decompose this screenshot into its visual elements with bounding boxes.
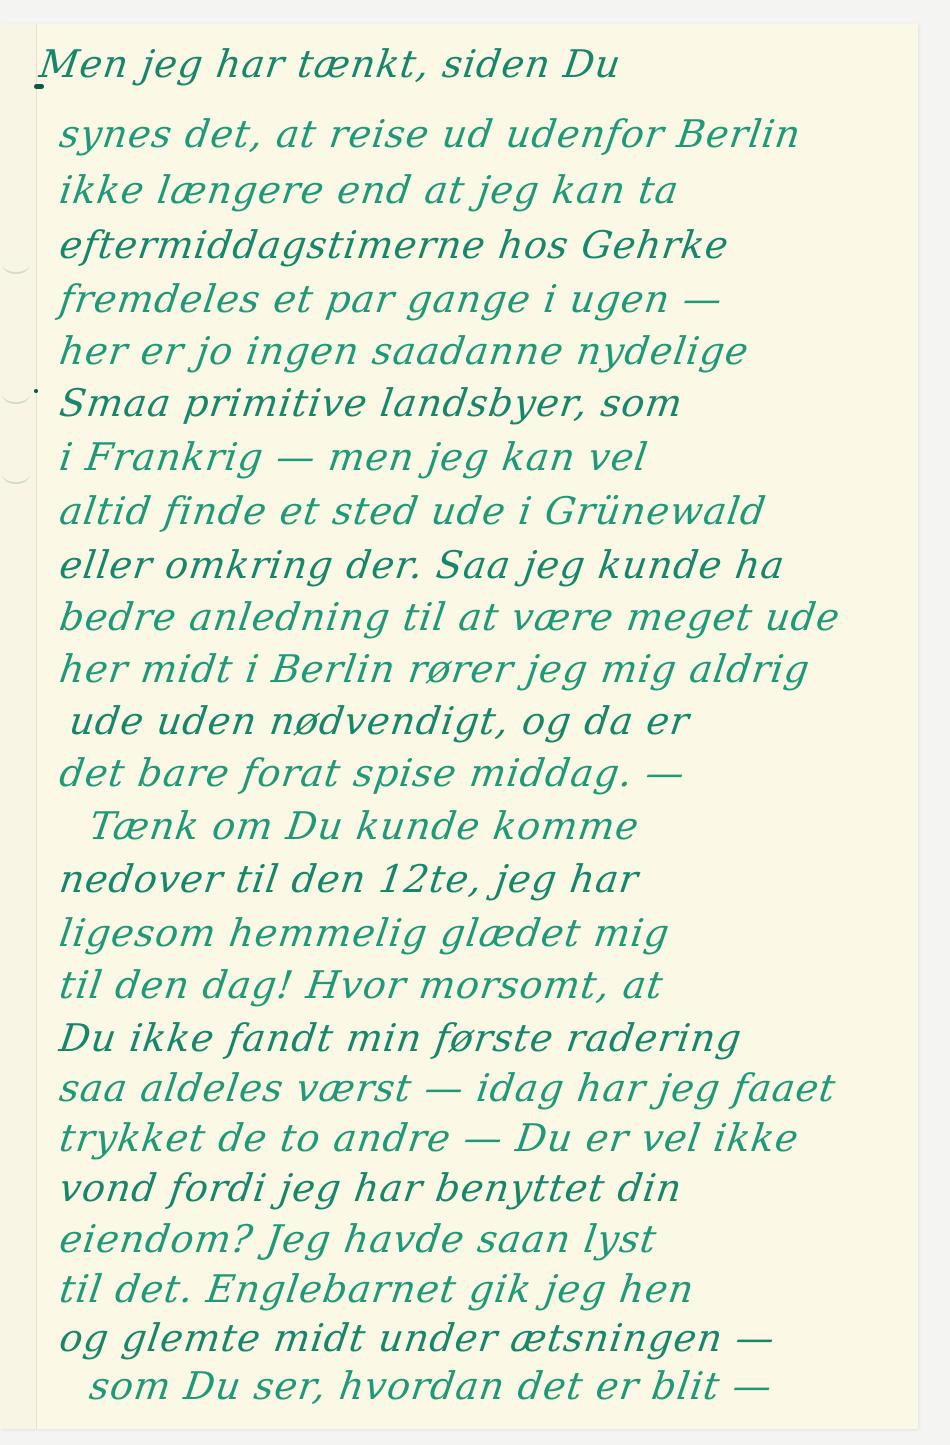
ink-dot-mark	[34, 389, 38, 393]
handwritten-line: nedover til den 12te, jeg har	[57, 857, 642, 901]
handwritten-line: som Du ser, hvordan det er blit —	[87, 1364, 775, 1408]
handwritten-text-block: Men jeg har tænkt, siden Dusynes det, at…	[40, 24, 908, 1429]
handwritten-line: ligesom hemmelig glædet mig	[57, 911, 673, 955]
ink-bleed-mark	[2, 384, 30, 404]
handwritten-line: til den dag! Hvor morsomt, at	[57, 963, 666, 1007]
handwritten-line: fremdeles et par gange i ugen —	[57, 277, 725, 321]
letter-page: Men jeg har tænkt, siden Dusynes det, at…	[0, 24, 918, 1429]
handwritten-line: her midt i Berlin rører jeg mig aldrig	[57, 647, 813, 691]
handwritten-line: saa aldeles værst — idag har jeg faaet	[57, 1066, 839, 1110]
handwritten-line: synes det, at reise ud udenfor Berlin	[57, 112, 804, 156]
handwritten-line: eller omkring der. Saa jeg kunde ha	[57, 543, 788, 587]
handwritten-line: altid finde et sted ude i Grünewald	[57, 489, 769, 533]
handwritten-line: Smaa primitive landsbyer, som	[57, 381, 686, 425]
handwritten-line: eftermiddagstimerne hos Gehrke	[57, 223, 732, 267]
handwritten-line: Du ikke fandt min første radering	[57, 1016, 745, 1060]
handwritten-line: til det. Englebarnet gik jeg hen	[57, 1267, 697, 1311]
handwritten-line: i Frankrig — men jeg kan vel	[57, 435, 651, 479]
handwritten-line: ude uden nødvendigt, og da er	[67, 699, 693, 743]
handwritten-line: her er jo ingen saadanne nydelige	[57, 329, 752, 373]
handwritten-line: det bare forat spise middag. —	[57, 751, 688, 795]
handwritten-line: trykket de to andre — Du er vel ikke	[57, 1116, 802, 1160]
handwritten-line: vond fordi jeg har benyttet din	[57, 1166, 685, 1210]
handwritten-line: eiendom? Jeg havde saan lyst	[57, 1217, 660, 1261]
handwritten-line: bedre anledning til at være meget ude	[57, 595, 843, 639]
handwritten-line: ikke længere end at jeg kan ta	[57, 168, 682, 212]
handwritten-line: og glemte midt under ætsningen —	[57, 1316, 778, 1360]
handwritten-line: Men jeg har tænkt, siden Du	[37, 42, 624, 86]
ink-bleed-mark	[2, 254, 30, 274]
adjacent-page-edge	[0, 24, 37, 1429]
ink-bleed-mark	[2, 464, 30, 484]
handwritten-line: Tænk om Du kunde komme	[87, 804, 642, 848]
